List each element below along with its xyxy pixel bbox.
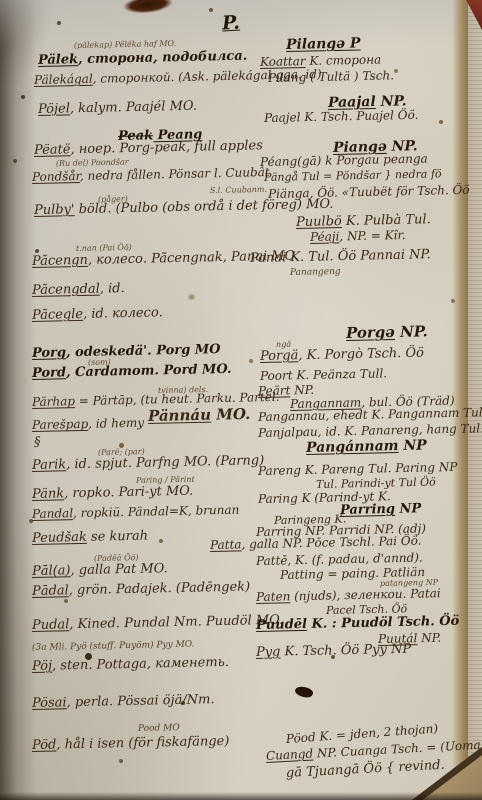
entry-pacegle: Pãcegle, id. колесо. [32,306,163,322]
entry-text: S.l. Cuubanm. [210,185,267,195]
entry-text: , K. Porgò Tsch. Öö [298,346,424,364]
headword: Porgә [346,323,395,342]
annotation-line: S.l. Cuubanm. [210,186,267,195]
entry-text: , galla NP. Pōce Tschl. Pai Öö. [241,534,421,552]
entry-text: , hål i isen (för fiskafänge) [56,734,229,753]
manuscript-photo: P. (pälekap) Pëlëka haf MO. Pälek, сторо… [0,0,482,800]
entry-text: K. Pulbà Tul. [342,212,431,229]
entry-text: gā Tjuangā Öö { revind. [286,758,445,781]
headword: Parik [32,457,66,473]
entry-text: , ropkiü. Pändal=K, brunan [73,503,240,520]
entry-pulby: Pulby' böld. (Pulbo (obs ordå i det före… [34,198,334,217]
headword: Pãcengdal [32,282,100,298]
headword: Pännáu [148,406,211,425]
headword: Pänk [32,486,64,502]
entry-parik: Parik, id. spjut. Parfng MO. (Parng) [32,454,265,472]
entry-palek: Pälek, сторона, подобилса. [38,50,247,67]
entry-text: (pälekap) Pëlëka haf MO. [74,39,176,50]
paper-speckles [0,0,2,2]
entry-text: Panangeng [290,267,341,278]
entry-text: , grön. Padajek. (Padēngek) [69,579,251,598]
headword: Parring [340,502,395,518]
entry-text: , ropko. Pari-yt MO. [64,484,193,502]
entry-text: NP. [290,383,314,397]
entry-pannau: Pännáu MO. [148,407,251,424]
entry-text: se kurah [87,529,149,545]
headword: Peärt [258,383,291,398]
entry-text: (3a Mli. Pyö (stuff. Puyöm) Pyy MO. [32,640,195,653]
headword: Pöd [32,737,57,753]
entry-koattar: Koattar K. сторона [260,53,381,68]
entry-text: Péang(gā) k Porgau peanga [260,151,428,169]
headword: Pangánnam [306,438,399,456]
headword: Pöj [32,659,52,674]
ink-blot [294,684,314,699]
headword: Koattar [260,54,306,69]
entry-puudel: Puudēl K. : Puudöl Tsch. Öö [256,615,460,632]
entry-line: Péang(gā) k Porgau peanga [260,152,428,168]
entry-line: Paajel K. Tsch. Puajel Öö. [264,109,419,124]
headword: Pälek [38,52,78,68]
headword: Parešpap [32,417,88,432]
headword: Pãcengn [32,253,88,269]
section-heading-p: P. [221,12,240,35]
entry-text: K. сторона [305,52,381,68]
entry-peudsak: Peudšak se kurah [32,530,148,545]
entry-text: , perla. Pössai öjä/Nm. [66,692,214,710]
headword: Puulbö [296,214,342,230]
headword: Pälekágal [34,72,93,87]
entry-text: K. : Puudöl Tsch. Öö [307,614,460,632]
headword: Pãcegle [32,307,83,323]
entry-text: NP. [417,631,441,645]
entry-text: MO. [211,405,251,424]
paragraph-mark: § [34,436,41,449]
entry-text: K. Tsch. Öö Pyy NP [280,642,411,660]
headword: Peudšak [32,530,87,546]
entry-pilang-heading: Pilangә P [286,36,361,52]
entry-pord: Pord, Cardamom. Pord MO. [32,363,232,380]
entry-text: , id. колесо. [83,305,163,322]
entry-line: Pangannau, ehedt K. Pangannam Tul [258,406,482,423]
headword: Pulby' [34,202,75,218]
annotation-line: (Ru del) Poondšar [56,158,129,168]
entry-padal: Pādal, grön. Padajek. (Padēngek) [32,580,250,598]
annotation-line: Panangeng [290,268,341,278]
headword: Pondšår [32,169,80,184]
entry-peaji: Péaji, NP. = Kîr. [310,229,406,243]
entry-text: (Ru del) Poondšar [56,157,129,168]
entry-patta: Patta, galla NP. Pōce Tschl. Pai Öö. [210,535,422,551]
entry-line: Pilang ( Tultä ) Tsch. [268,69,394,84]
entry-parespap: Parešpap, id hemy [32,417,144,431]
entry-text: Piänga, Öö. «Tuubët för Tsch. Öö [268,183,470,201]
entry-porga: Porgä, K. Porgò Tsch. Öö [260,347,424,363]
entry-peart: Peärt NP. [258,384,314,397]
entry-text: (njuds), зеленкои. Patai [290,586,441,603]
top-lighting [0,0,482,46]
entry-line: Panai K. Tul. Öö Pannai NP. [250,248,431,265]
entry-pudal: Pudal, Kined. Pundal Nm. Puudöl MO. [32,614,283,632]
entry-text: , Kined. Pundal Nm. Puudöl MO. [69,613,283,632]
entry-pangannam-heading: Pangánnam NP [306,438,427,455]
entry-text: , nedra fållen. Pönsar l. Cuubât [80,165,270,183]
entry-paten: Paten (njuds), зеленкои. Patai [256,587,441,603]
entry-text: Panjalpau, id. K. Panareng, hang Tul. [258,421,482,440]
entry-line: Panjalpau, id. K. Panareng, hang Tul. [258,422,482,439]
entry-text: , NP. = Kîr. [339,228,406,243]
entry-text: , id hemy [88,416,144,431]
entry-posai: Pösai, perla. Pössai öjä/Nm. [32,693,215,710]
entry-peate: Pëatë, ноер. Porg-peak, full apples [34,139,263,157]
entry-text: Paajel K. Tsch. Puajel Öö. [264,108,419,125]
headword: Pärhap [32,394,75,409]
headword: Pāl(a) [32,563,71,579]
headword: Porgä [260,348,299,364]
headword: Pëatë [34,142,71,158]
entry-line: gā Tjuangā Öö { revind. [286,759,445,780]
entry-text: Pood MO [138,723,180,734]
entry-text: Pilang ( Tultä ) Tsch. [268,68,394,85]
headword: Pilangә P [286,35,361,53]
annotation-line: (3a Mli. Pyö (stuff. Puyöm) Pyy MO. [32,641,195,653]
entry-text: Panai K. Tul. Öö Pannai NP. [250,247,431,266]
entry-text: , galla Pat MO. [70,561,167,578]
annotation-line: (pälekap) Pëlëka haf MO. [74,40,176,50]
entry-text: § [34,435,41,450]
entry-text: NP [398,437,427,454]
entry-pandal: Pandal, ropkiü. Pändal=K, brunan [32,504,240,520]
entry-text: Poort K. Peänza Tull. [260,366,387,383]
entry-line: Pängå Tul = Pöndšar } nedra fö [264,168,442,183]
stain-spot [187,293,196,301]
entry-text: NP. [395,322,428,341]
bottom-edge-shadow [0,792,482,800]
annotation-line: Pood MO [138,724,180,734]
entry-text: , id. spjut. Parfng MO. (Parng) [66,453,264,472]
entry-pyg: Pyg K. Tsch. Öö Pyy NP [256,643,411,659]
headword: Pādal [32,583,69,599]
entry-porg: Porg, odeskedä'. Porg MO [32,343,221,360]
entry-pojel: Pöjel, kalym. Paajél MO. [38,100,197,116]
headword: Pudal [32,617,70,633]
entry-line: Tul. Parindi-yt Tul Öö [316,476,436,490]
headword: Pyg [256,644,281,660]
headword: Pösai [32,695,67,711]
entry-pank: Pänk, ropko. Pari-yt MO. [32,485,194,501]
entry-text: , Cardamom. Pord MO. [66,362,232,380]
headword: Pandal [32,506,73,521]
entry-text: , sten. Pottaga, каменеть. [52,655,229,674]
book-fore-edge [468,0,482,800]
entry-puulbo: Puulbö K. Pulbà Tul. [296,213,431,229]
headword: Porg [32,345,66,361]
entry-pacengdal: Pãcengdal, id. [32,282,125,297]
entry-pondsar: Pondšår, nedra fållen. Pönsar l. Cuubât [32,166,270,183]
entry-pala: Pāl(a), galla Pat MO. [32,562,168,578]
entry-text: NP [395,501,421,517]
entry-porga-heading: Porgә NP. [346,324,428,341]
headword: Patta [210,537,242,552]
entry-text: Pängå Tul = Pöndšar } nedra fö [264,167,442,184]
headword: Pord [32,365,66,381]
entry-text: , id. [100,281,125,297]
entry-poj: Pöj, sten. Pottaga, каменеть. [32,656,229,673]
headword: Pöjel [38,101,70,117]
entry-line: Piänga, Öö. «Tuubët för Tsch. Öö [268,184,470,200]
headword: Cuangd [266,747,314,763]
headword: Puudēl [256,617,307,633]
entry-text: , сторона, подобилса. [78,49,247,68]
entry-text: , ноер. Porg-peak, full apples [70,138,263,157]
entry-line: Poort K. Peänza Tull. [260,367,387,382]
entry-text: , kalym. Paajél MO. [70,99,197,117]
headword: Paten [256,589,291,604]
entry-parring: Parring NP [340,502,421,517]
entry-pod: Pöd, hål i isen (för fiskafänge) [32,735,230,752]
entry-line: Pareng K. Pareng Tul. Paring NP [258,461,458,477]
headword: Péaji [310,229,340,244]
